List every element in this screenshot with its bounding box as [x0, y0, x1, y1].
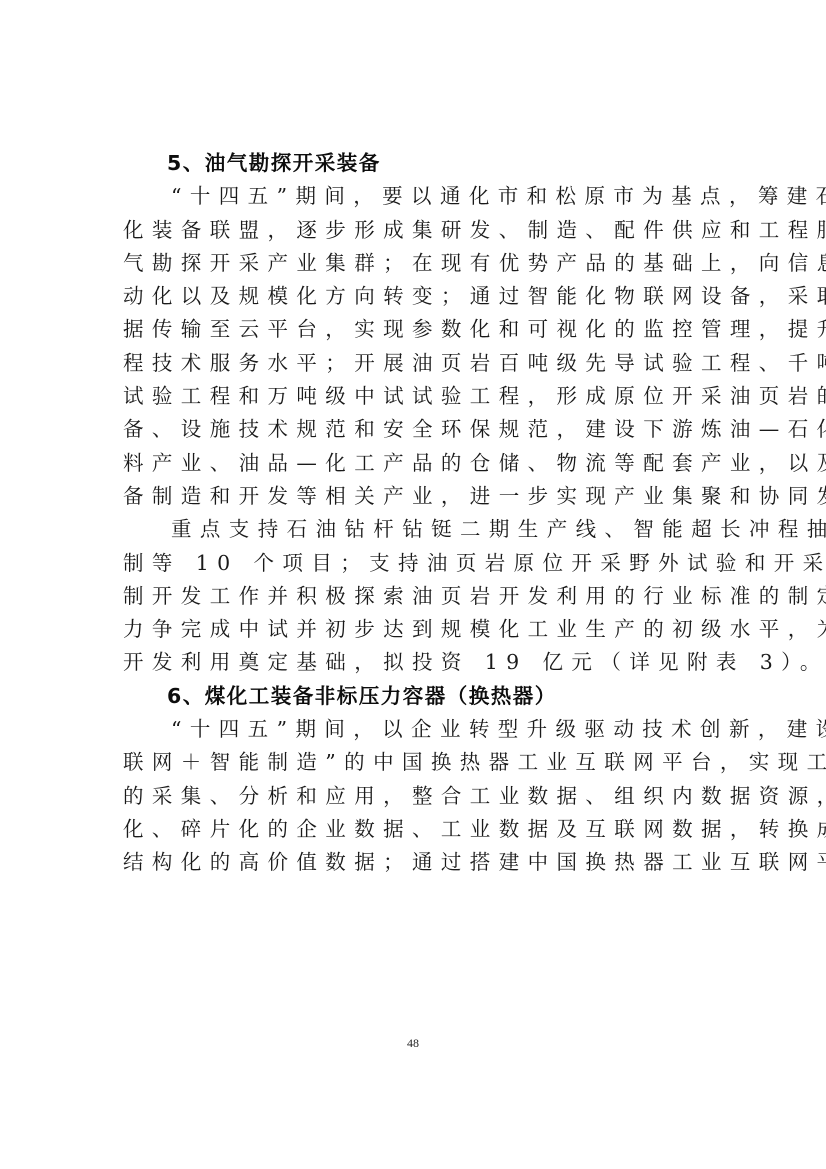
paragraph-line: 开发利用奠定基础，拟投资 19 亿元（详见附表 3）。 [123, 646, 707, 679]
paragraph-line: 据传输至云平台，实现参数化和可视化的监控管理，提升石油工 [123, 313, 707, 346]
paragraph-line: “十四五”期间，以企业转型升级驱动技术创新，建设“互 [123, 713, 707, 746]
paragraph-line: 动化以及规模化方向转变；通过智能化物联网设备，采取关键数 [123, 280, 707, 313]
paragraph-line: 结构化的高价值数据；通过搭建中国换热器工业互联网平台，推 [123, 846, 707, 879]
paragraph-line: 气勘探开采产业集群；在现有优势产品的基础上，向信息化、自 [123, 247, 707, 280]
paragraph-line: 制等 10 个项目；支持油页岩原位开采野外试验和开采装备的研 [123, 547, 707, 580]
paragraph-line: 程技术服务水平；开展油页岩百吨级先导试验工程、千吨级示范 [123, 347, 707, 380]
section-5-paragraph-2: 重点支持石油钻杆钻铤二期生产线、智能超长冲程抽油机研 制等 10 个项目；支持油… [123, 513, 707, 679]
paragraph-line: 试验工程和万吨级中试试验工程，形成原位开采油页岩的工程装 [123, 380, 707, 413]
section-5-paragraph-1: “十四五”期间，要以通化市和松原市为基点，筹建石油石 化装备联盟，逐步形成集研发… [123, 180, 707, 513]
paragraph-line: 化、碎片化的企业数据、工业数据及互联网数据，转换成标准化、 [123, 813, 707, 846]
paragraph-line: 制开发工作并积极探索油页岩开发利用的行业标准的制定工作， [123, 580, 707, 613]
paragraph-line: 化装备联盟，逐步形成集研发、制造、配件供应和工程服务的油 [123, 214, 707, 247]
page-number: 48 [0, 1036, 826, 1051]
paragraph-line: 重点支持石油钻杆钻铤二期生产线、智能超长冲程抽油机研 [123, 513, 707, 546]
section-heading-5: 5、油气勘探开采装备 [123, 147, 707, 180]
page-body: 5、油气勘探开采装备 “十四五”期间，要以通化市和松原市为基点，筹建石油石 化装… [123, 147, 707, 880]
paragraph-line: 备、设施技术规范和安全环保规范，建设下游炼油—石化—新材 [123, 413, 707, 446]
paragraph-line: 联网＋智能制造”的中国换热器工业互联网平台，实现工业数据 [123, 746, 707, 779]
section-heading-6: 6、煤化工装备非标压力容器（换热器） [123, 680, 707, 713]
paragraph-line: 力争完成中试并初步达到规模化工业生产的初级水平，为大规模 [123, 613, 707, 646]
document-page: 5、油气勘探开采装备 “十四五”期间，要以通化市和松原市为基点，筹建石油石 化装… [0, 0, 826, 1169]
paragraph-line: 的采集、分析和应用，整合工业数据、组织内数据资源，将多样 [123, 780, 707, 813]
paragraph-line: 备制造和开发等相关产业，进一步实现产业集聚和协同发展。 [123, 480, 707, 513]
paragraph-line: 料产业、油品—化工产品的仓储、物流等配套产业，以及上游装 [123, 447, 707, 480]
section-6-paragraph-1: “十四五”期间，以企业转型升级驱动技术创新，建设“互 联网＋智能制造”的中国换热… [123, 713, 707, 879]
paragraph-line: “十四五”期间，要以通化市和松原市为基点，筹建石油石 [123, 180, 707, 213]
